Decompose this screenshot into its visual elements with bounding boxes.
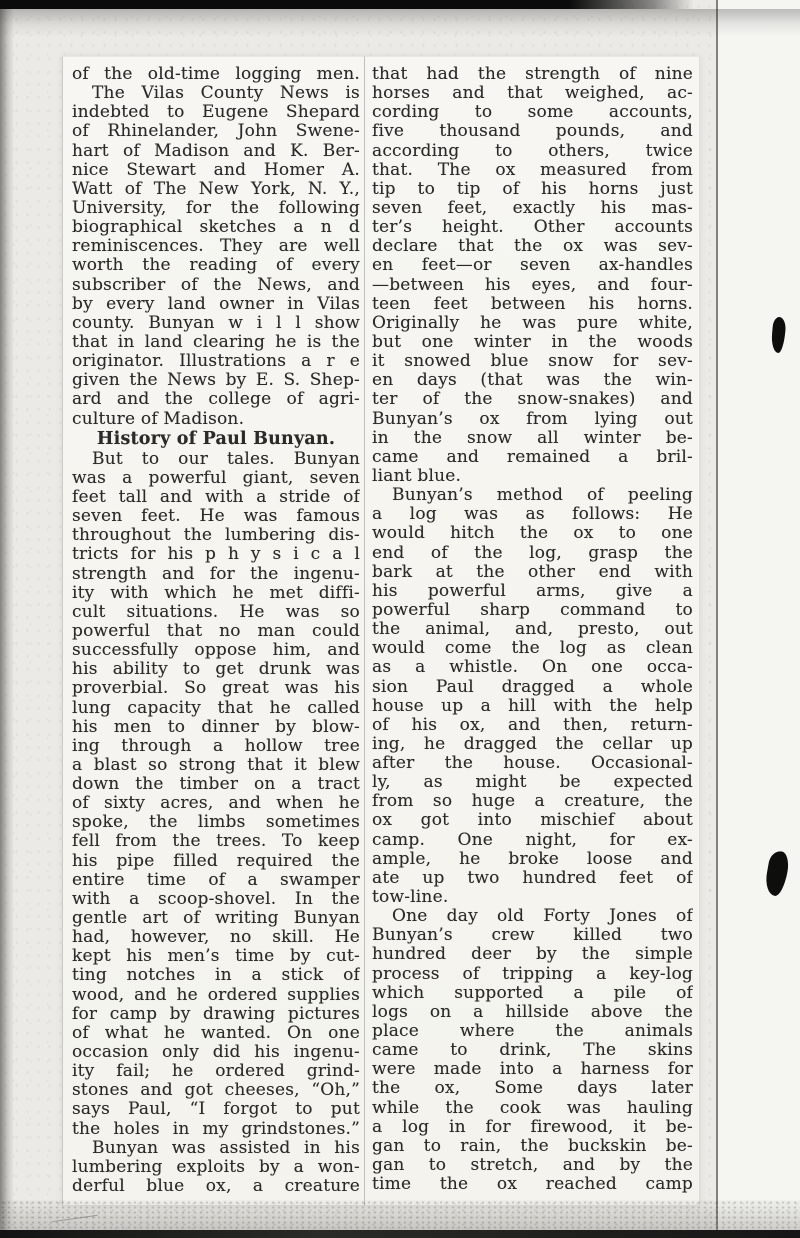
text-line: derful blue ox, a creature bbox=[72, 1177, 360, 1196]
text-line: subscriber of the News, and bbox=[72, 276, 360, 295]
text-line: came and remained a bril- bbox=[372, 448, 693, 467]
text-line: ly, as might be expected bbox=[372, 773, 693, 792]
scan-bottom-band bbox=[0, 1200, 800, 1232]
text-line: kept his men’s time by cut- bbox=[72, 947, 360, 966]
text-line: a log was as follows: He bbox=[372, 505, 693, 524]
text-line: wood, and he ordered supplies bbox=[72, 986, 360, 1005]
text-line: place where the animals bbox=[372, 1022, 693, 1041]
text-line: tricts for his p h y s i c a l bbox=[72, 545, 360, 564]
text-line: house up a hill with the help bbox=[372, 697, 693, 716]
text-line: ter’s height. Other accounts bbox=[372, 218, 693, 237]
text-line: that. The ox measured from bbox=[372, 161, 693, 180]
text-line: horses and that weighed, ac- bbox=[372, 84, 693, 103]
text-line: teen feet between his horns. bbox=[372, 295, 693, 314]
text-line: culture of Madison. bbox=[72, 410, 360, 429]
text-line: that in land clearing he is the bbox=[72, 333, 360, 352]
text-line: in the snow all winter be- bbox=[372, 429, 693, 448]
text-line: Originally he was pure white, bbox=[372, 314, 693, 333]
left-column-bottom-text: But to our tales. Bunyanwas a powerful g… bbox=[72, 450, 360, 1196]
text-line: biographical sketches a n d bbox=[72, 218, 360, 237]
text-line: five thousand pounds, and bbox=[372, 122, 693, 141]
text-line: his powerful arms, give a bbox=[372, 582, 693, 601]
text-line: Bunyan’s crew killed two bbox=[372, 926, 693, 945]
text-line: proverbial. So great was his bbox=[72, 679, 360, 698]
text-line: his ability to get drunk was bbox=[72, 660, 360, 679]
text-line: indebted to Eugene Shepard bbox=[72, 103, 360, 122]
text-line: that had the strength of nine bbox=[372, 65, 693, 84]
text-line: logs on a hillside above the bbox=[372, 1003, 693, 1022]
text-line: county. Bunyan w i l l show bbox=[72, 314, 360, 333]
text-line: successfully oppose him, and bbox=[72, 641, 360, 660]
text-line: the ox, Some days later bbox=[372, 1079, 693, 1098]
left-column: of the old-time logging men.The Vilas Co… bbox=[62, 56, 365, 1206]
page-fold-line bbox=[716, 0, 718, 1232]
right-column-text: that had the strength of ninehorses and … bbox=[372, 65, 693, 1194]
text-line: for camp by drawing pictures bbox=[72, 1005, 360, 1024]
text-line: en feet—or seven ax-handles bbox=[372, 256, 693, 275]
text-line: camp. One night, for ex- bbox=[372, 831, 693, 850]
newspaper-clipping: of the old-time logging men.The Vilas Co… bbox=[62, 56, 700, 1206]
text-line: of his ox, and then, return- bbox=[372, 716, 693, 735]
text-line: reminiscences. They are well bbox=[72, 237, 360, 256]
text-line: of sixty acres, and when he bbox=[72, 794, 360, 813]
text-line: Bunyan’s method of peeling bbox=[372, 486, 693, 505]
text-line: by every land owner in Vilas bbox=[72, 295, 360, 314]
text-line: tow-line. bbox=[372, 888, 693, 907]
text-line: end of the log, grasp the bbox=[372, 544, 693, 563]
right-margin-area bbox=[718, 0, 800, 1232]
text-line: were made into a harness for bbox=[372, 1060, 693, 1079]
text-line: from so huge a creature, the bbox=[372, 792, 693, 811]
text-line: his pipe filled required the bbox=[72, 852, 360, 871]
text-line: powerful that no man could bbox=[72, 622, 360, 641]
text-line: worth the reading of every bbox=[72, 256, 360, 275]
scanned-page: of the old-time logging men.The Vilas Co… bbox=[0, 0, 800, 1238]
text-line: time the ox reached camp bbox=[372, 1175, 693, 1194]
text-line: lung capacity that he called bbox=[72, 699, 360, 718]
text-line: The Vilas County News is bbox=[72, 84, 360, 103]
text-line: ox got into mischief about bbox=[372, 811, 693, 830]
text-line: originator. Illustrations a r e bbox=[72, 352, 360, 371]
text-line: ate up two hundred feet of bbox=[372, 869, 693, 888]
scan-left-edge bbox=[0, 0, 14, 1238]
section-heading: History of Paul Bunyan. bbox=[72, 429, 360, 450]
text-line: hundred deer by the simple bbox=[372, 945, 693, 964]
text-line: ing through a hollow tree bbox=[72, 737, 360, 756]
text-line: liant blue. bbox=[372, 467, 693, 486]
text-line: the animal, and, presto, out bbox=[372, 620, 693, 639]
text-line: it snowed blue snow for sev- bbox=[372, 352, 693, 371]
text-line: Watt of The New York, N. Y., bbox=[72, 180, 360, 199]
text-line: fell from the trees. To keep bbox=[72, 832, 360, 851]
text-line: tip to tip of his horns just bbox=[372, 180, 693, 199]
text-line: gan to rain, the buckskin be- bbox=[372, 1137, 693, 1156]
text-line: ting notches in a stick of bbox=[72, 966, 360, 985]
text-line: spoke, the limbs sometimes bbox=[72, 813, 360, 832]
text-line: had, however, no skill. He bbox=[72, 928, 360, 947]
text-line: en days (that was the win- bbox=[372, 371, 693, 390]
text-line: One day old Forty Jones of bbox=[372, 907, 693, 926]
text-line: lumbering exploits by a won- bbox=[72, 1158, 360, 1177]
left-column-top-text: of the old-time logging men.The Vilas Co… bbox=[72, 65, 360, 429]
text-line: ity fail; he ordered grind- bbox=[72, 1062, 360, 1081]
text-line: feet tall and with a stride of bbox=[72, 488, 360, 507]
text-line: sion Paul dragged a whole bbox=[372, 678, 693, 697]
text-line: gentle art of writing Bunyan bbox=[72, 909, 360, 928]
scan-top-shadow bbox=[0, 9, 800, 37]
text-line: down the timber on a tract bbox=[72, 775, 360, 794]
text-line: as a whistle. On one occa- bbox=[372, 658, 693, 677]
text-line: was a powerful giant, seven bbox=[72, 469, 360, 488]
text-line: stones and got cheeses, “Oh,” bbox=[72, 1081, 360, 1100]
text-line: of what he wanted. On one bbox=[72, 1024, 360, 1043]
text-line: cult situations. He was so bbox=[72, 603, 360, 622]
text-line: ity with which he met diffi- bbox=[72, 584, 360, 603]
text-line: of the old-time logging men. bbox=[72, 65, 360, 84]
text-line: entire time of a swamper bbox=[72, 871, 360, 890]
text-line: of Rhinelander, John Swene- bbox=[72, 122, 360, 141]
text-line: —between his eyes, and four- bbox=[372, 276, 693, 295]
text-line: hart of Madison and K. Ber- bbox=[72, 142, 360, 161]
text-line: with a scoop-shovel. In the bbox=[72, 890, 360, 909]
text-line: powerful sharp command to bbox=[372, 601, 693, 620]
text-line: declare that the ox was sev- bbox=[372, 237, 693, 256]
text-line: a log in for firewood, it be- bbox=[372, 1118, 693, 1137]
text-line: nice Stewart and Homer A. bbox=[72, 161, 360, 180]
scan-bottom-edge bbox=[0, 1230, 800, 1238]
text-line: gan to stretch, and by the bbox=[372, 1156, 693, 1175]
text-line: But to our tales. Bunyan bbox=[72, 450, 360, 469]
text-line: bark at the other end with bbox=[372, 563, 693, 582]
right-column: that had the strength of ninehorses and … bbox=[365, 56, 700, 1206]
text-line: strength and for the ingenu- bbox=[72, 565, 360, 584]
text-line: would come the log as clean bbox=[372, 639, 693, 658]
text-line: after the house. Occasional- bbox=[372, 754, 693, 773]
text-line: seven feet. He was famous bbox=[72, 507, 360, 526]
text-line: while the cook was hauling bbox=[372, 1099, 693, 1118]
text-line: which supported a pile of bbox=[372, 984, 693, 1003]
text-line: Bunyan was assisted in his bbox=[72, 1139, 360, 1158]
text-line: ter of the snow-snakes) and bbox=[372, 390, 693, 409]
text-line: given the News by E. S. Shep- bbox=[72, 371, 360, 390]
text-line: a blast so strong that it blew bbox=[72, 756, 360, 775]
text-line: says Paul, “I forgot to put bbox=[72, 1100, 360, 1119]
text-line: University, for the following bbox=[72, 199, 360, 218]
text-line: seven feet, exactly his mas- bbox=[372, 199, 693, 218]
text-line: would hitch the ox to one bbox=[372, 524, 693, 543]
text-line: process of tripping a key-log bbox=[372, 965, 693, 984]
text-line: throughout the lumbering dis- bbox=[72, 526, 360, 545]
text-line: came to drink, The skins bbox=[372, 1041, 693, 1060]
text-line: Bunyan’s ox from lying out bbox=[372, 410, 693, 429]
text-line: the holes in my grindstones.” bbox=[72, 1120, 360, 1139]
text-line: his men to dinner by blow- bbox=[72, 718, 360, 737]
text-line: ample, he broke loose and bbox=[372, 850, 693, 869]
scan-top-edge bbox=[0, 0, 694, 9]
text-line: cording to some accounts, bbox=[372, 103, 693, 122]
text-line: ing, he dragged the cellar up bbox=[372, 735, 693, 754]
text-line: ard and the college of agri- bbox=[72, 390, 360, 409]
text-line: but one winter in the woods bbox=[372, 333, 693, 352]
text-line: according to others, twice bbox=[372, 142, 693, 161]
text-line: occasion only did his ingenu- bbox=[72, 1043, 360, 1062]
